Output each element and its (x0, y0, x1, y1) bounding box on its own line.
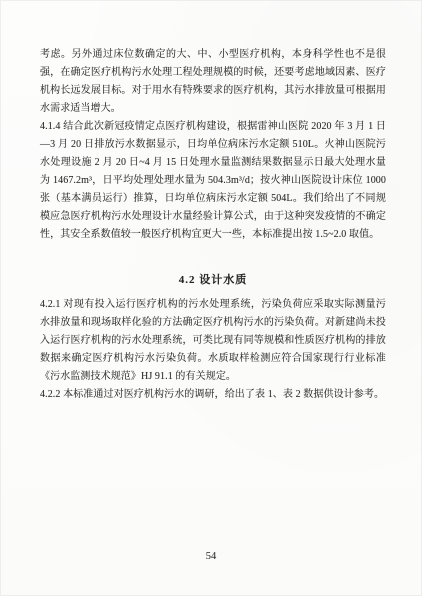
document-page: 考虑。另外通过床位数确定的大、中、小型医疗机构，本身科学性也不是很强，在确定医疗… (0, 0, 422, 596)
clause-4-2-1-paragraph: 4.2.1 对现有投入运行医疗机构的污水处理系统，污染负荷应采取实际测量污水排放… (40, 296, 386, 386)
page-content: 考虑。另外通过床位数确定的大、中、小型医疗机构，本身科学性也不是很强，在确定医疗… (40, 46, 386, 404)
clause-4-1-4-paragraph: 4.1.4 结合此次新冠疫情定点医疗机构建设，根据雷神山医院 2020 年 3 … (40, 118, 386, 244)
clause-4-2-2-paragraph: 4.2.2 本标准通过对医疗机构污水的调研，给出了表 1、表 2 数据供设计参考… (40, 386, 386, 404)
paragraph-continuation: 考虑。另外通过床位数确定的大、中、小型医疗机构，本身科学性也不是很强，在确定医疗… (40, 46, 386, 118)
page-number: 54 (0, 551, 422, 562)
section-heading-4-2: 4.2 设计水质 (40, 271, 386, 287)
